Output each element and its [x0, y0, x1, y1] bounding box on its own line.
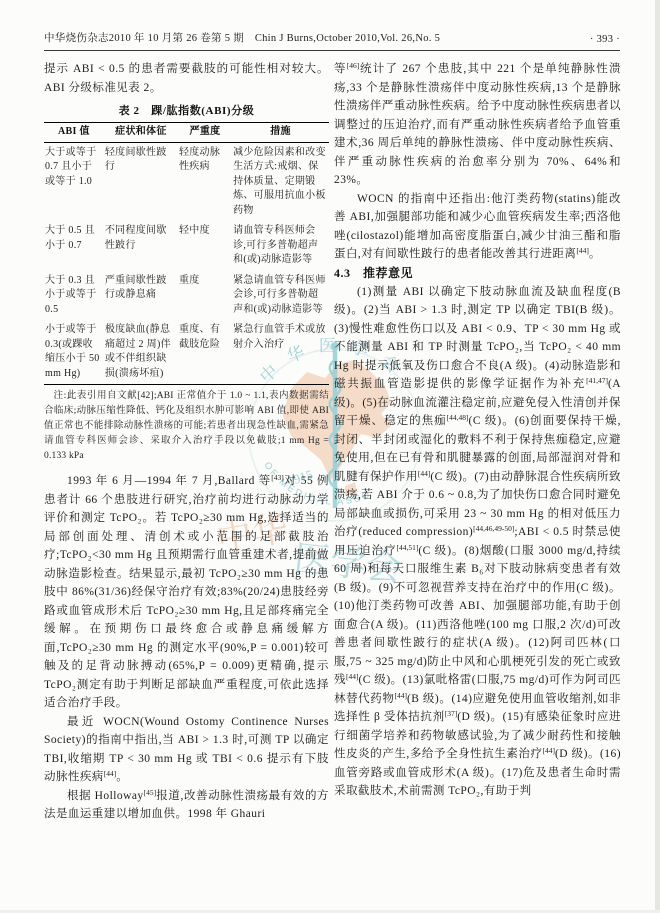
scan-edge — [655, 0, 660, 913]
paragraph-ballard-study: 1993 年 6 月—1994 年 7 月,Ballard 等[43]对 55 … — [44, 472, 329, 713]
table-cell: 重度、有截肢危险 — [178, 320, 232, 385]
table-cell: 大于或等于 0.7 且小于或等于 1.0 — [44, 142, 104, 221]
table-caption: 表 2 踝/肱指数(ABI)分级 — [44, 102, 329, 118]
page-number: · 393 · — [590, 34, 620, 45]
table-cell: 不同程度间歇性跛行 — [104, 221, 178, 271]
table-cell: 减少危险因素和改变生活方式:戒烟、保持体质量、定期锻炼、可服用抗血小板药物 — [232, 142, 329, 221]
abi-grading-table: ABI 值 症状和体征 严重度 措施 大于或等于 0.7 且小于或等于 1.0 … — [44, 122, 329, 385]
paragraph-wocn-guideline: 最近 WOCN(Wound Ostomy Continence Nurses S… — [44, 713, 329, 787]
table-header-row: ABI 值 症状和体征 严重度 措施 — [44, 123, 329, 143]
table-cell: 重度 — [178, 271, 232, 321]
running-head: 中华烧伤杂志2010 年 10 月第 26 卷第 5 期 Chin J Burn… — [44, 30, 620, 51]
table-row: 小于或等于 0.3(或踝收缩压小于 50 mm Hg) 极度缺血(静息痛超过 2… — [44, 320, 329, 385]
table-cell: 紧急行血管手术或放射介入治疗 — [232, 320, 329, 385]
table-2-block: 表 2 踝/肱指数(ABI)分级 ABI 值 症状和体征 严重度 措施 大于或等… — [44, 102, 329, 464]
right-column: 等[46]统计了 267 个患肢,其中 221 个是单纯静脉性溃疡,33 个是静… — [334, 60, 621, 801]
table-row: 大于或等于 0.7 且小于或等于 1.0 轻度间歇性跛行 轻度动脉性疾病 减少危… — [44, 142, 329, 221]
table-row: 大于 0.5 且小于 0.7 不同程度间歇性跛行 轻中度 请血管专科医师会诊,可… — [44, 221, 329, 271]
table-header-cell: 症状和体征 — [104, 123, 178, 143]
table-header-cell: 严重度 — [178, 123, 232, 143]
table-header-cell: 措施 — [232, 123, 329, 143]
table-cell: 大于 0.5 且小于 0.7 — [44, 221, 104, 271]
table-cell: 极度缺血(静息痛超过 2 周)伴或不伴组织缺损(溃疡坏疽) — [104, 320, 178, 385]
paragraph-ghauri-study: 等[46]统计了 267 个患肢,其中 221 个是单纯静脉性溃疡,33 个是静… — [334, 60, 621, 190]
journal-citation: 中华烧伤杂志2010 年 10 月第 26 卷第 5 期 Chin J Burn… — [44, 30, 440, 45]
table-cell: 轻度间歇性跛行 — [104, 142, 178, 221]
journal-page: 中华医学会 OF MEDICAL ASSO 1915 中华 医学会 中华烧伤杂志… — [0, 0, 660, 913]
table-note: 注:此表引用自文献[42];ABI 正常值介于 1.0 ~ 1.1,表内数据需结… — [44, 389, 329, 464]
left-column: 提示 ABI < 0.5 的患者需要截肢的可能性相对较大。ABI 分级标准见表 … — [44, 60, 329, 824]
table-cell: 大于 0.3 且小于或等于 0.5 — [44, 271, 104, 321]
paragraph-recommendations: (1)测量 ABI 以确定下肢动脉血流及缺血程度(B 级)。(2)当 ABI >… — [334, 283, 621, 801]
table-cell: 紧急请血管专科医师会诊,可行多普勒超声和(或)动脉造影等 — [232, 271, 329, 321]
table-header-cell: ABI 值 — [44, 123, 104, 143]
paragraph-intro: 提示 ABI < 0.5 的患者需要截肢的可能性相对较大。ABI 分级标准见表 … — [44, 60, 329, 97]
section-heading-4-3: 4.3 推荐意见 — [334, 264, 621, 283]
paragraph-holloway: 根据 Holloway[45]报道,改善动脉性溃疡最有效的方法是血运重建以增加血… — [44, 787, 329, 824]
table-cell: 请血管专科医师会诊,可行多普勒超声和(或)动脉造影等 — [232, 221, 329, 271]
paragraph-wocn-statins: WOCN 的指南中还指出:他汀类药物(statins)能改善 ABI,加强腿部功… — [334, 190, 621, 264]
table-cell: 轻中度 — [178, 221, 232, 271]
table-cell: 严重间歇性跛行或静息痛 — [104, 271, 178, 321]
table-cell: 小于或等于 0.3(或踝收缩压小于 50 mm Hg) — [44, 320, 104, 385]
table-cell: 轻度动脉性疾病 — [178, 142, 232, 221]
table-row: 大于 0.3 且小于或等于 0.5 严重间歇性跛行或静息痛 重度 紧急请血管专科… — [44, 271, 329, 321]
